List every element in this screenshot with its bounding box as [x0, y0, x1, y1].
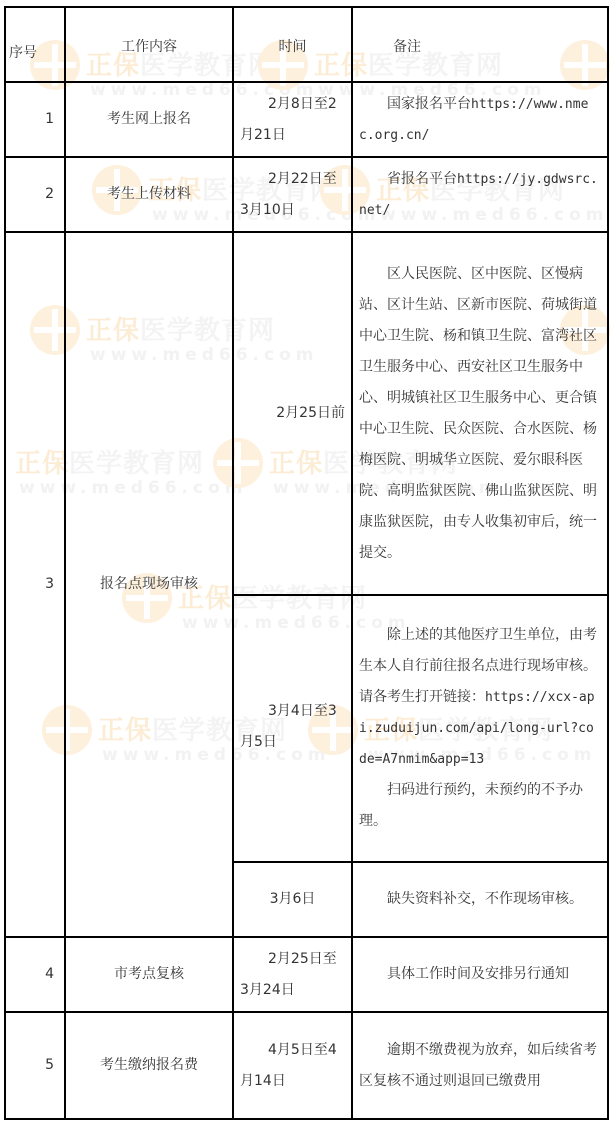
- row-note: 缺失资料补交，不作现场审核。: [352, 862, 608, 937]
- row-note: 省报名平台https://jy.gdwsrc.net/: [352, 157, 608, 232]
- row-time: 3月4日至3月5日: [233, 595, 352, 862]
- row-content: 报名点现场审核: [65, 232, 233, 937]
- row-seq: 5: [5, 1012, 65, 1119]
- row-seq: 3: [5, 232, 65, 937]
- row-content: 考生上传材料: [65, 157, 233, 232]
- row-note: 逾期不缴费视为放弃，如后续省考区复核不通过则退回已缴费用: [352, 1012, 608, 1119]
- row-time: 2月25日前: [233, 232, 352, 595]
- row-content: 市考点复核: [65, 937, 233, 1012]
- schedule-table: 序号 工作内容 时间 备注 1 考生网上报名 2月8日至2月21日 国家报名平台…: [4, 6, 609, 1120]
- table-row: 3 报名点现场审核 2月25日前 区人民医院、区中医院、区慢病站、区计生站、区新…: [5, 232, 608, 595]
- row-time: 2月25日至3月24日: [233, 937, 352, 1012]
- table-row: 4 市考点复核 2月25日至3月24日 具体工作时间及安排另行通知: [5, 937, 608, 1012]
- table-row: 1 考生网上报名 2月8日至2月21日 国家报名平台https://www.nm…: [5, 82, 608, 157]
- row-seq: 1: [5, 82, 65, 157]
- header-content: 工作内容: [65, 7, 233, 82]
- table-row: 2 考生上传材料 2月22日至3月10日 省报名平台https://jy.gdw…: [5, 157, 608, 232]
- row-seq: 2: [5, 157, 65, 232]
- row-seq: 4: [5, 937, 65, 1012]
- row-note: 国家报名平台https://www.nmec.org.cn/: [352, 82, 608, 157]
- header-note: 备注: [352, 7, 608, 82]
- header-seq: 序号: [5, 7, 65, 82]
- row-content: 考生缴纳报名费: [65, 1012, 233, 1119]
- row-note: 具体工作时间及安排另行通知: [352, 937, 608, 1012]
- row-time: 2月22日至3月10日: [233, 157, 352, 232]
- row-note: 除上述的其他医疗卫生单位，由考生本人自行前往报名点进行现场审核。请各考生打开链接…: [352, 595, 608, 862]
- row-note: 区人民医院、区中医院、区慢病站、区计生站、区新市医院、荷城街道中心卫生院、杨和镇…: [352, 232, 608, 595]
- row-content: 考生网上报名: [65, 82, 233, 157]
- row-time: 2月8日至2月21日: [233, 82, 352, 157]
- table-row: 5 考生缴纳报名费 4月5日至4月14日 逾期不缴费视为放弃，如后续省考区复核不…: [5, 1012, 608, 1119]
- header-time: 时间: [233, 7, 352, 82]
- table-header-row: 序号 工作内容 时间 备注: [5, 7, 608, 82]
- row-time: 4月5日至4月14日: [233, 1012, 352, 1119]
- row-time: 3月6日: [233, 862, 352, 937]
